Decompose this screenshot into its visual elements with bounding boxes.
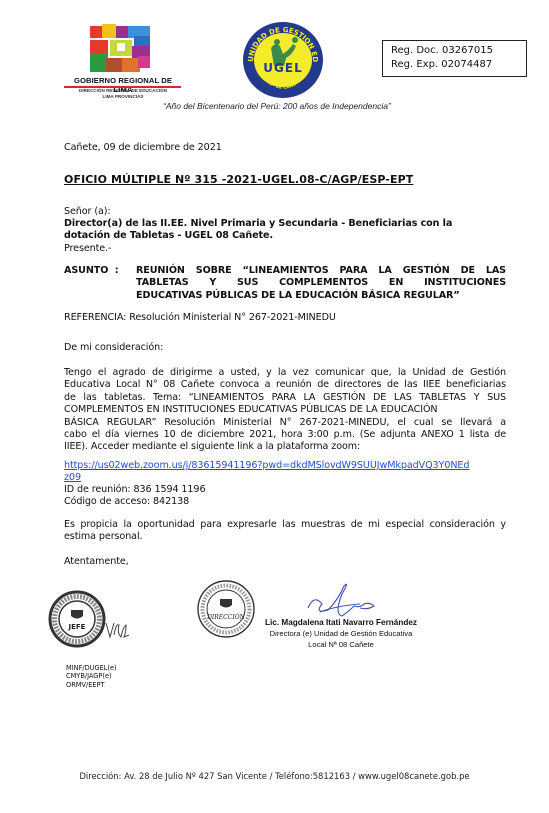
cc-list: MINF/DUGEL(e) CMYB/JAGP(e) ORMV/EEPT [66,664,117,689]
presente: Presente.- [64,243,111,255]
closing-line: Es propicia la oportunidad para expresar… [64,519,506,531]
body-line: IIEE). Acceder mediante el siguiente lin… [64,441,506,453]
gobierno-regional-subtitle: DIRECCIÓN REGIONAL DE EDUCACIÓN LIMA PRO… [64,88,182,99]
initials-signature-icon [102,615,130,645]
jefe-stamp-icon: JEFE [48,590,106,648]
atentamente: Atentamente, [64,556,129,568]
footer-address: Dirección: Av. 28 de Julio Nº 427 San Vi… [0,771,549,781]
addressee: Director(a) de las II.EE. Nivel Primaria… [64,218,514,243]
ugel-seal-icon: UNIDAD DE GESTION EDUCATIVA LOCAL Nº 08 … [241,20,325,100]
reg-exp: Reg. Exp. 02074487 [391,58,526,72]
direccion-stamp-icon: DIRECCIÓN [196,579,256,639]
cc-item: MINF/DUGEL(e) [66,664,117,672]
signer-role-line-1: Directora (e) Unidad de Gestión Educativ… [257,629,425,638]
asunto-line: EDUCATIVAS PÚBLICAS DE LA EDUCACIÓN BÁSI… [136,290,506,302]
body-line: Tengo el agrado de dirigirme a usted, y … [64,367,506,379]
addressee-line-1: Director(a) de las II.EE. Nivel Primaria… [64,218,514,230]
asunto-line: TABLETAS Y SUS COMPLEMENTOS EN INSTITUCI… [136,277,506,289]
asunto-line: REUNIÓN SOBRE “LINEAMIENTOS PARA LA GEST… [136,265,506,277]
addressee-line-2: dotación de Tabletas - UGEL 08 Cañete. [64,230,514,242]
zoom-meeting-link[interactable]: https://us02web.zoom.us/j/83615941196?pw… [64,460,469,485]
body-line: Educativa Local N° 08 Cañete convoca a r… [64,379,506,391]
oficio-title: OFICIO MÚLTIPLE Nº 315 -2021-UGEL.08-C/A… [64,173,413,186]
subtitle-line-1: DIRECCIÓN REGIONAL DE EDUCACIÓN [64,88,182,94]
registry-box: Reg. Doc. 03267015 Reg. Exp. 02074487 [382,40,527,77]
signer-name: Lic. Magdalena Itati Navarro Fernández [257,618,425,627]
svg-text:UGEL: UGEL [263,61,302,75]
asunto-text: REUNIÓN SOBRE “LINEAMIENTOS PARA LA GEST… [136,265,506,302]
closing-line: estima personal. [64,531,506,543]
zoom-link-line-2[interactable]: z09 [64,472,469,484]
salutation: Señor (a): [64,206,111,218]
referencia: REFERENCIA: Resolución Ministerial N° 26… [64,312,336,324]
zoom-link-line-1[interactable]: https://us02web.zoom.us/j/83615941196?pw… [64,460,469,472]
cc-item: ORMV/EEPT [66,681,117,689]
gobierno-regional-logo-icon [88,22,154,74]
svg-text:DIRECCIÓN: DIRECCIÓN [206,613,246,621]
asunto-label: ASUNTO : [64,265,118,277]
cc-item: CMYB/JAGP(e) [66,672,117,680]
access-code: Código de acceso: 842138 [64,496,189,508]
body-line: COMPLEMENTOS EN INSTITUCIONES EDUCATIVAS… [64,404,506,416]
reg-doc: Reg. Doc. 03267015 [391,44,526,58]
signer-role-line-2: Local Nª 08 Cañete [257,640,425,649]
body-line: cabo el día viernes 10 de diciembre 2021… [64,429,506,441]
svg-text:JEFE: JEFE [68,623,86,631]
year-motto: “Año del Bicentenario del Perú: 200 años… [163,101,423,111]
consideracion: De mi consideración: [64,342,163,354]
body-line: BÁSICA REGULAR” Resolución Ministerial N… [64,417,506,429]
subtitle-line-2: LIMA PROVINCIAS [64,94,182,100]
body-paragraph: Tengo el agrado de dirigirme a usted, y … [64,367,506,454]
letter-date: Cañete, 09 de diciembre de 2021 [64,142,222,154]
meeting-id: ID de reunión: 836 1594 1196 [64,484,205,496]
closing-paragraph: Es propicia la oportunidad para expresar… [64,519,506,544]
body-line: de las tabletas. Tema: “LINEAMIENTOS PAR… [64,392,506,404]
